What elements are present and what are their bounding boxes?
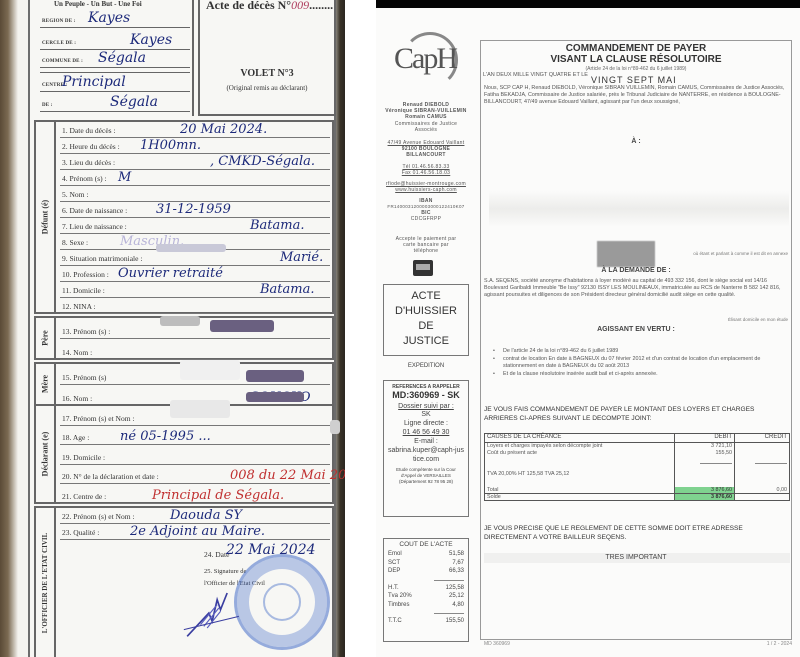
- field-label: 18. Age :: [62, 433, 89, 442]
- cout-row: SCT7,67: [388, 559, 464, 568]
- section-declarant-label: Déclarant (e): [36, 406, 56, 502]
- website-link[interactable]: www.huissiers-caph.com: [376, 187, 476, 193]
- region-label: REGION DE :: [42, 19, 76, 24]
- cout-value: 4,80: [452, 601, 464, 610]
- etude-note: Etude compétente sur la Cour d'Appel de …: [384, 467, 468, 485]
- field-label: 21. Centre de :: [62, 492, 106, 501]
- acte-dots: ........: [309, 0, 333, 12]
- form-field-row: 7. Lieu de naissance :Batama.: [60, 218, 330, 234]
- faded-area: [489, 191, 789, 227]
- form-field-row: 2. Heure du décès :1H00mn.: [60, 138, 330, 154]
- field-label: 15. Prénom (s): [62, 373, 106, 382]
- redaction-block: [180, 360, 240, 380]
- cout-label: Timbres: [388, 601, 409, 610]
- field-value: 2e Adjoint au Maire.: [130, 524, 265, 539]
- form-field-row: 5. Nom :: [60, 186, 330, 202]
- cout-label: Emol: [388, 550, 402, 559]
- section-pere-label: Père: [36, 318, 56, 358]
- acte-line-1: ACTE: [384, 289, 468, 304]
- ttc-label: T.T.C: [388, 617, 402, 626]
- ref-number: MD:360969 - SK: [384, 390, 468, 400]
- tres-important-heading: TRES IMPORTANT: [481, 554, 791, 561]
- commande-text: JE VOUS FAIS COMMANDEMENT DE PAYER LE MO…: [484, 405, 788, 423]
- cout-row: Emol51,58: [388, 550, 464, 559]
- volet-title: VOLET N°3: [200, 68, 334, 79]
- field-label: 19. Domicile :: [62, 453, 105, 462]
- field-value: Batama.: [260, 282, 315, 297]
- field-value: 1H00mn.: [140, 138, 201, 153]
- form-field-row: 3. Lieu du décès :, CMKD-Ségala.: [60, 154, 330, 170]
- commune-row: COMMUNE DE : Ségala: [40, 48, 190, 68]
- address-line-3: BILLANCOURT: [376, 152, 476, 158]
- field-label: 12. NINA :: [62, 302, 96, 311]
- field-value: Batama.: [250, 218, 305, 233]
- cout-label: SCT: [388, 559, 400, 568]
- signature-label: 25. Signature de: [204, 568, 246, 575]
- cout-row: Tva 20%25,12: [388, 592, 464, 601]
- caph-logo-icon: CapH: [388, 28, 464, 94]
- cout-row: Timbres4,80: [388, 601, 464, 610]
- bic-value: CDCGFRPP: [376, 216, 476, 222]
- form-field-row: 22. Prénom (s) et Nom :Daouda SY: [60, 508, 330, 524]
- expedition-label: EXPEDITION: [376, 363, 476, 369]
- date-prefix: L'AN DEUX MILLE VINGT QUATRE ET LE: [483, 72, 588, 78]
- acte-line-4: JUSTICE: [384, 334, 468, 349]
- cercle-value: Kayes: [130, 32, 172, 48]
- cout-row: DEP66,33: [388, 567, 464, 576]
- email-label: E-mail :: [384, 437, 468, 446]
- fax: Fax 01.46.56.18.03: [376, 170, 476, 176]
- bailiff-name-3: Romain CAMUS: [376, 114, 476, 120]
- date-day: VINGT SEPT MAI: [591, 75, 677, 85]
- field-label: 1. Date du décès :: [62, 126, 116, 135]
- form-field-row: 21. Centre de :Principal de Ségala.: [60, 484, 330, 504]
- field-label: 16. Nom :: [62, 394, 92, 403]
- redaction-block: [156, 244, 226, 252]
- demande-heading: À LA DEMANDE DE :: [481, 267, 791, 274]
- addressee-heading: À :: [481, 138, 791, 145]
- header-causes: CAUSES DE LA CRÉANCE: [485, 434, 675, 443]
- bailiff-role: Commissaires de Justice Associés: [376, 121, 476, 133]
- form-field-row: 14. Nom :: [60, 339, 330, 360]
- etant-note: où étant et parlant à comme il est dit e…: [693, 251, 788, 256]
- field-label: 23. Qualité :: [62, 528, 99, 537]
- field-label: 14. Nom :: [62, 348, 92, 357]
- stamp-emblem-icon: [263, 583, 301, 621]
- field-label: 2. Heure du décès :: [62, 142, 120, 151]
- redaction-block: [210, 320, 274, 332]
- form-field-row: 4. Prénom (s) :M: [60, 170, 330, 186]
- section-declarant: Déclarant (e) 17. Prénom (s) et Nom :18.…: [34, 404, 334, 504]
- acte-label: Acte de décès N°: [206, 0, 291, 12]
- field-value: 008 du 22 Mai 2024: [230, 468, 363, 483]
- form-field-row: 20. N° de la déclaration et date :008 du…: [60, 465, 330, 485]
- cout-value: 7,67: [452, 559, 464, 568]
- election-note: Élisant domicile en mon étude: [728, 317, 788, 322]
- commandement-de-payer: CapH Renaud DIEBOLD Véronique SIBRAN-VUI…: [376, 8, 800, 657]
- header-debit: DEBIT: [675, 434, 735, 443]
- table-header-row: CAUSES DE LA CRÉANCE DEBIT CREDIT: [485, 434, 790, 443]
- de-row: DE : Ségala: [40, 92, 190, 112]
- field-label: 17. Prénom (s) et Nom :: [62, 414, 135, 423]
- dossier-value: SK: [384, 410, 468, 419]
- payment-note: Accepte le paiement par carte bancaire p…: [376, 236, 476, 254]
- certificate-header-right: Acte de décès N°009........ VOLET N°3 (O…: [198, 0, 336, 116]
- form-field-row: 9. Situation matrimoniale :Marié.: [60, 250, 330, 266]
- field-label: 22. Prénom (s) et Nom :: [62, 512, 135, 521]
- form-field-row: 18. Age :né 05-1995 ...: [60, 426, 330, 446]
- cause-2: Coût du présent acte: [487, 450, 672, 457]
- solde-row: Solde 3 876,60: [485, 493, 790, 500]
- death-certificate: Un Peuple - Un But - Une Foi REGION DE :…: [28, 0, 336, 657]
- field-label: 3. Lieu du décès :: [62, 158, 115, 167]
- credit-card-icon: [413, 260, 433, 276]
- field-label: 10. Profession :: [62, 270, 109, 279]
- solde-debit: 3 876,60: [675, 493, 735, 500]
- section-mere-label: Mère: [36, 364, 56, 404]
- section-officier-label: L'OFFICIER DE L'ETAT CIVIL: [36, 508, 56, 657]
- field-value: Ouvrier retraité: [118, 266, 223, 281]
- reference-box: REFERENCES A RAPPELER MD:360969 - SK Dos…: [383, 380, 469, 517]
- vertu-heading: AGISSANT EN VERTU :: [481, 326, 791, 333]
- solde-label: Solde: [485, 493, 675, 500]
- field-value: né 05-1995 ...: [120, 429, 211, 444]
- form-field-row: 12. NINA :: [60, 298, 330, 314]
- field-label: 11. Domicile :: [62, 286, 105, 295]
- demande-paragraph: S.A. SEQENS, société anonyme d'habitatio…: [484, 278, 788, 299]
- field-label: 20. N° de la déclaration et date :: [62, 472, 159, 481]
- commune-label: COMMUNE DE :: [42, 59, 83, 64]
- vertu-item: Et de la clause résolutoire insérée audi…: [493, 371, 787, 378]
- redaction-block: [160, 316, 200, 326]
- acte-number: Acte de décès N°009........: [206, 0, 333, 13]
- volet-subtitle: (Original remis au déclarant): [200, 84, 334, 92]
- centre-row: CENTRE : Principal: [40, 72, 190, 92]
- cout-row: H.T.125,58: [388, 584, 464, 593]
- field-value: Marié.: [280, 250, 323, 265]
- acte-line-3: DE: [384, 319, 468, 334]
- field-label: 7. Lieu de naissance :: [62, 222, 127, 231]
- debit-1: 3 721,10: [677, 443, 732, 450]
- scan-top-bar: [376, 0, 800, 8]
- document-subtitle: VISANT LA CLAUSE RÉSOLUTOIRE: [481, 54, 791, 65]
- cout-value: 51,58: [449, 550, 464, 559]
- header-credit: CREDIT: [735, 434, 790, 443]
- cout-acte-box: COUT DE L'ACTE Emol51,58SCT7,67DEP66,33 …: [383, 538, 469, 642]
- de-value: Ségala: [110, 94, 158, 110]
- field-label: 5. Nom :: [62, 190, 88, 199]
- field-label: 6. Date de naissance :: [62, 206, 127, 215]
- form-field-row: 11. Domicile :Batama.: [60, 282, 330, 298]
- form-field-row: 6. Date de naissance :31-12-1959: [60, 202, 330, 218]
- cout-value: 25,12: [449, 592, 464, 601]
- field-value: 20 Mai 2024.: [180, 122, 267, 137]
- official-stamp: [234, 554, 330, 650]
- cercle-label: CERCLE DE :: [42, 41, 76, 46]
- commune-value: Ségala: [98, 50, 146, 66]
- cout-title: COUT DE L'ACTE: [388, 541, 464, 548]
- field-value: 31-12-1959: [156, 202, 231, 217]
- dossier-label: Dossier suivi par :: [384, 403, 468, 410]
- document-title: COMMANDEMENT DE PAYER: [481, 43, 791, 54]
- field-label: 13. Prénom (s) :: [62, 327, 110, 336]
- cout-value: 66,33: [449, 567, 464, 576]
- main-content: COMMANDEMENT DE PAYER VISANT LA CLAUSE R…: [480, 40, 792, 640]
- cause-1: Loyers et charges impayés selon décompte…: [487, 443, 672, 450]
- table-row: Loyers et charges impayés selon décompte…: [485, 443, 790, 487]
- redaction-block: [246, 392, 304, 402]
- vertu-item: contrat de location En date à BAGNEUX du…: [493, 356, 787, 370]
- ttc-value: 155,50: [446, 617, 464, 626]
- section-defunt-label: Défunt (é): [36, 122, 56, 312]
- cout-label: DEP: [388, 567, 400, 576]
- contact-email-link[interactable]: sabrina.kuper@caph-justice.com: [384, 446, 468, 464]
- field-label: 9. Situation matrimoniale :: [62, 254, 142, 263]
- form-field-row: 23. Qualité :2e Adjoint au Maire.: [60, 524, 330, 540]
- field-value: Principal de Ségala.: [152, 488, 284, 503]
- vertu-list: De l'article 24 de la loi n°89-462 du 6 …: [493, 348, 787, 379]
- payment-instruction: JE VOUS PRECISE QUE LE REGLEMENT DE CETT…: [484, 524, 788, 542]
- field-label: 8. Sexe :: [62, 238, 88, 247]
- region-value: Kayes: [88, 10, 130, 26]
- redaction-block: [170, 400, 230, 418]
- form-field-row: 10. Profession :Ouvrier retraité: [60, 266, 330, 282]
- centre-value: Principal: [62, 74, 126, 90]
- redaction-block: [246, 370, 304, 382]
- page-divider: [345, 0, 375, 657]
- field-value: M: [118, 170, 131, 185]
- vertu-item: De l'article 24 de la loi n°89-462 du 6 …: [493, 348, 787, 355]
- acte-huissier-box: ACTE D'HUISSIER DE JUSTICE: [383, 284, 469, 356]
- redacted-addressee: [597, 241, 655, 267]
- cout-value: 125,58: [446, 584, 464, 593]
- cout-ttc-row: T.T.C 155,50: [388, 617, 464, 626]
- section-defunt: Défunt (é) 1. Date du décès :20 Mai 2024…: [34, 120, 334, 314]
- cercle-row: CERCLE DE : Kayes: [40, 30, 190, 50]
- region-row: REGION DE : Kayes: [40, 8, 190, 28]
- field-value: Daouda SY: [170, 508, 242, 523]
- intro-paragraph: Nous, SCP CAP H, Renaud DIEBOLD, Véroniq…: [484, 85, 788, 106]
- form-field-row: 19. Domicile :: [60, 445, 330, 465]
- form-field-row: 1. Date du décès :20 Mai 2024.: [60, 122, 330, 138]
- footer-right: 1 / 2 - 2024: [767, 641, 792, 647]
- bailiff-sidebar: CapH Renaud DIEBOLD Véronique SIBRAN-VUI…: [376, 8, 476, 657]
- field-label: 4. Prénom (s) :: [62, 174, 107, 183]
- signature-icon: [178, 588, 248, 638]
- field-value: , CMKD-Ségala.: [210, 154, 315, 169]
- creance-table: CAUSES DE LA CRÉANCE DEBIT CREDIT Loyers…: [484, 433, 790, 501]
- national-motto: Un Peuple - Un But - Une Foi: [54, 0, 142, 8]
- tva-note: TVA 20,00% HT 125,58 TVA 25,12: [487, 471, 672, 478]
- de-label: DE :: [42, 103, 53, 108]
- cout-label: Tva 20%: [388, 592, 412, 601]
- footer-left: MD 360969: [484, 641, 510, 647]
- cout-label: H.T.: [388, 584, 399, 593]
- ligne-label: Ligne directe :: [384, 419, 468, 428]
- acte-line-2: D'HUISSIER: [384, 304, 468, 319]
- ligne-value[interactable]: 01 46 56 49 30: [384, 428, 468, 437]
- redaction-block: [330, 420, 340, 434]
- certificate-header-left: Un Peuple - Un But - Une Foi REGION DE :…: [34, 0, 194, 116]
- acte-number-value: 009: [291, 0, 309, 12]
- debit-2: 155,50: [677, 450, 732, 457]
